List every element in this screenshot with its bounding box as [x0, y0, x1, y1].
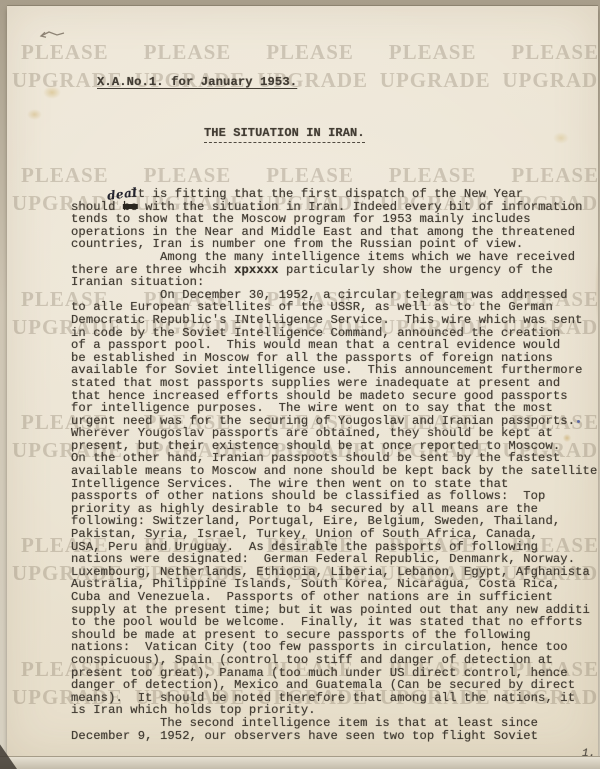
- watermark-word: UPGRADE: [502, 68, 598, 93]
- pencil-mark-icon: [39, 29, 67, 41]
- paper-stain: [43, 86, 61, 99]
- watermark-word: PLEASE: [389, 163, 477, 188]
- watermark-word: UPGRADE: [380, 68, 491, 93]
- body-text-segment: particularly show the urgency of the Ira…: [71, 263, 597, 743]
- typed-over-word: xpxxxx: [234, 263, 278, 277]
- watermark-word: PLEASE: [21, 163, 109, 188]
- scanned-document-photo: PLEASEUPGRADEPLEASEUPGRADEPLEASEUPGRADEP…: [0, 0, 600, 769]
- page-title: THE SITUATION IN IRAN.: [204, 126, 365, 143]
- watermark-word: PLEASE: [389, 40, 477, 65]
- document-header: X.A.No.1. for January 1953.: [97, 75, 297, 89]
- watermark-word: PLEASE: [266, 40, 354, 65]
- watermark-word: PLEASE: [266, 163, 354, 188]
- watermark-word: PLEASE: [511, 163, 598, 188]
- watermark-word: PLEASE: [144, 163, 232, 188]
- paper-sheet: PLEASEUPGRADEPLEASEUPGRADEPLEASEUPGRADEP…: [7, 5, 598, 757]
- watermark-word: PLEASE: [511, 40, 598, 65]
- watermark-word: PLEASE: [144, 40, 232, 65]
- paper-stain: [27, 109, 42, 120]
- watermark-word: PLEASE: [21, 40, 109, 65]
- paper-stain: [553, 132, 569, 144]
- ink-dot: [577, 420, 580, 423]
- table-surface-edge: [0, 756, 600, 769]
- document-body: It is fitting that the first dispatch of…: [71, 188, 598, 742]
